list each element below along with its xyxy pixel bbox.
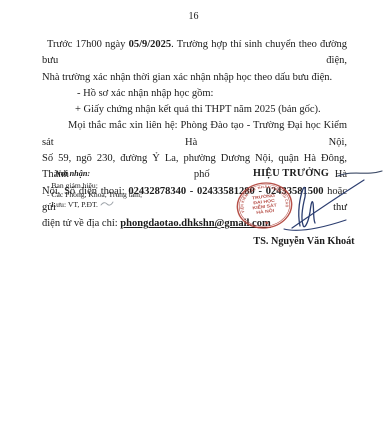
- body-line: điện tử về địa chỉ: phongdaotao.dhkshn@g…: [42, 216, 347, 232]
- stamp-star-icon: ★: [264, 220, 270, 227]
- initials-mark: [100, 200, 114, 207]
- recipient-item: - Ban giám hiệu;: [47, 181, 142, 191]
- recipients-block: Nơi nhận: - Ban giám hiệu; - Các Phòng, …: [47, 169, 142, 209]
- recipient-item-label: - Lưu: VT, P.ĐT.: [47, 200, 98, 209]
- body-line: + Giấy chứng nhận kết quả thi THPT năm 2…: [42, 102, 347, 118]
- body-line: Trước 17h00 ngày 05/9/2025. Trường hợp t…: [42, 37, 347, 70]
- deadline-date: 05/9/2025: [129, 39, 172, 50]
- body-line: - Hồ sơ xác nhận nhập học gồm:: [42, 86, 347, 102]
- document-page: 16 Trước 17h00 ngày 05/9/2025. Trường hợ…: [0, 0, 387, 424]
- signature-title: HIỆU TRƯỞNG: [230, 168, 352, 179]
- signer-name: TS. Nguyễn Văn Khoát: [226, 236, 382, 247]
- body-text-segment: Trước 17h00 ngày: [47, 39, 129, 50]
- recipient-item: - Các Phòng, Khoa, Trung tâm;: [47, 190, 142, 200]
- official-stamp: VIỆN KIỂM SÁT NHÂN DÂN TỐI CAO TRƯỜNG ĐẠ…: [233, 179, 295, 233]
- recipient-item: - Lưu: VT, P.ĐT.: [47, 200, 142, 210]
- body-line: Nhà trường xác nhận thời gian xác nhận n…: [42, 70, 347, 86]
- page-number: 16: [0, 11, 387, 22]
- body-text-segment: điện tử về địa chỉ:: [42, 218, 120, 229]
- phone-numbers: 02432878340 - 02433581280 - 02433581500: [128, 186, 323, 197]
- body-line: Mọi thắc mắc xin liên hệ: Phòng Đào tạo …: [42, 118, 347, 151]
- recipients-heading: Nơi nhận:: [55, 169, 142, 178]
